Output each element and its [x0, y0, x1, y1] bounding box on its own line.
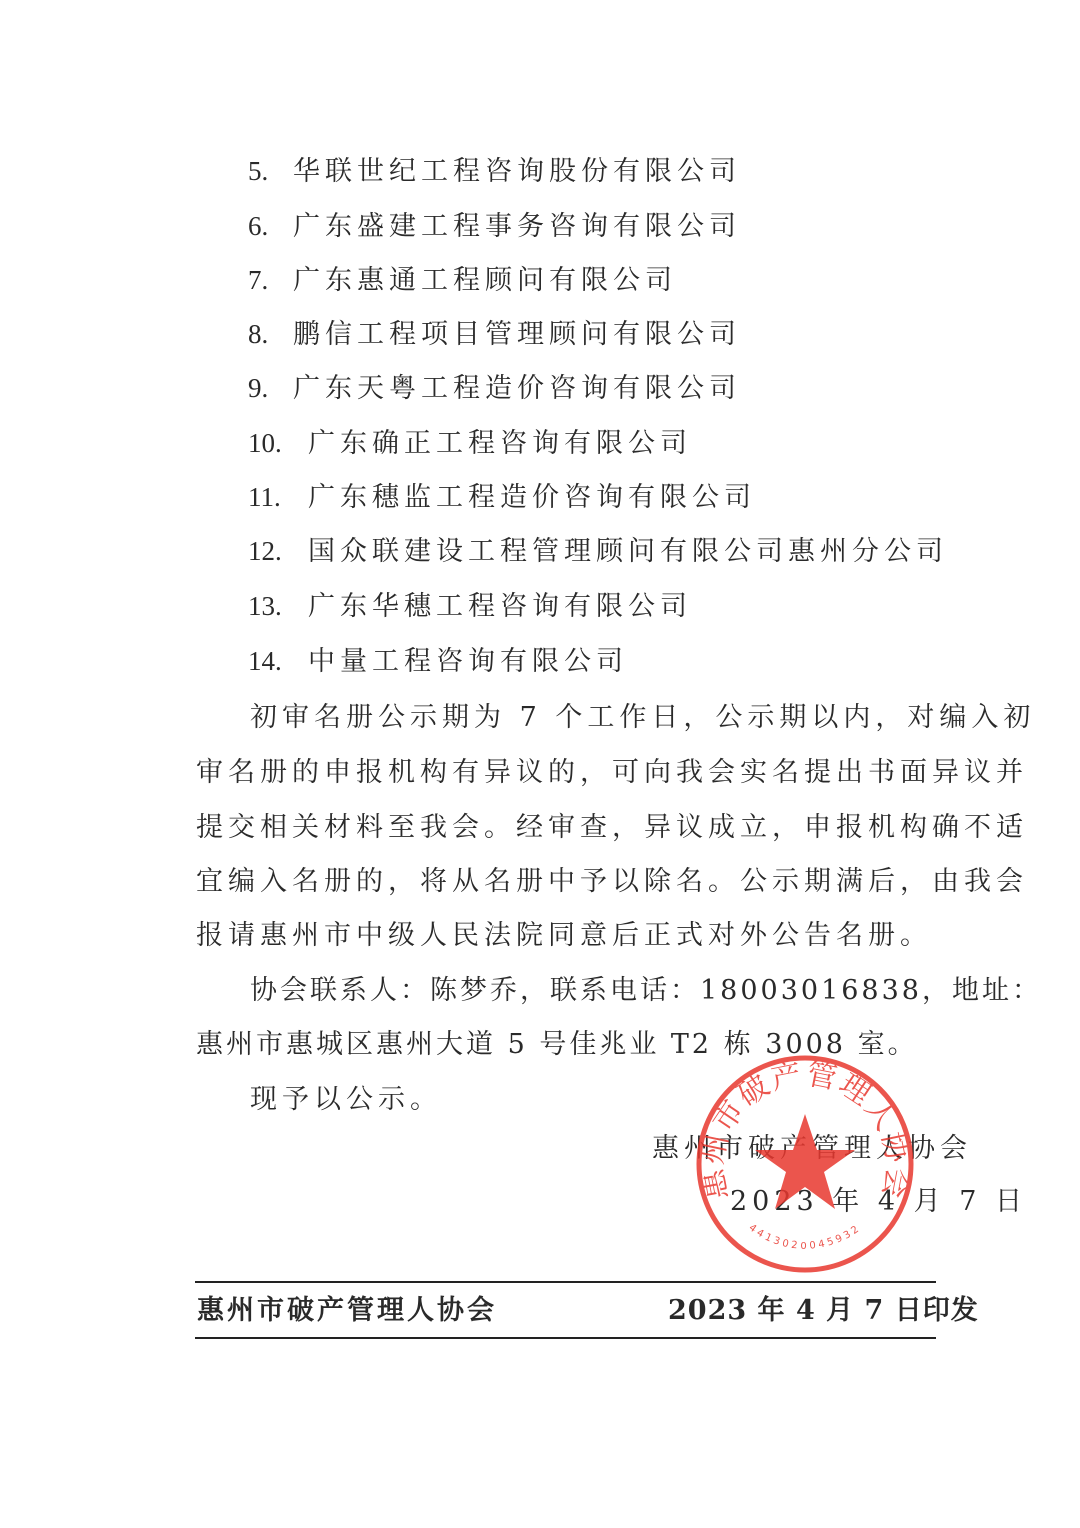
company-name: 广东确正工程咨询有限公司 [308, 428, 692, 459]
list-number: 13. [248, 590, 308, 622]
svg-text:4413020045932: 4413020045932 [747, 1222, 864, 1251]
list-item: 12.国众联建设工程管理顾问有限公司惠州分公司 [248, 535, 948, 568]
list-item: 8.鹏信工程项目管理顾问有限公司 [248, 318, 741, 351]
list-number: 7. [248, 264, 293, 296]
paragraph-line: 惠州市惠城区惠州大道 5 号佳兆业 T2 栋 3008 室。 [196, 1029, 918, 1061]
signature-org: 惠州市破产管理人协会 [652, 1133, 972, 1165]
list-number: 8. [248, 318, 293, 350]
company-name: 广东天粤工程造价咨询有限公司 [293, 373, 741, 404]
company-name: 广东华穗工程咨询有限公司 [308, 591, 692, 622]
footer-org: 惠州市破产管理人协会 [197, 1295, 497, 1327]
paragraph-line: 报请惠州市中级人民法院同意后正式对外公告名册。 [196, 920, 932, 952]
footer-issue-date: 2023 年 4 月 7 日印发 [668, 1295, 979, 1327]
paragraph-line: 提交相关材料至我会。经审查，异议成立，申报机构确不适 [196, 812, 1028, 844]
svg-text:惠州市破产管理人协会: 惠州市破产管理人协会 [695, 1057, 915, 1203]
list-item: 5.华联世纪工程咨询股份有限公司 [248, 155, 741, 188]
signature-date: 2023 年 4 月 7 日 [730, 1186, 1027, 1218]
company-name: 中量工程咨询有限公司 [308, 646, 628, 677]
list-number: 12. [248, 535, 308, 567]
list-number: 10. [248, 427, 308, 459]
paragraph-line: 审名册的申报机构有异议的，可向我会实名提出书面异议并 [196, 757, 1028, 789]
company-name: 广东穗监工程造价咨询有限公司 [308, 482, 756, 513]
paragraph-line: 协会联系人：陈梦乔，联系电话：18003016838，地址： [250, 975, 1042, 1007]
list-item: 10.广东确正工程咨询有限公司 [248, 427, 692, 460]
list-item: 11.广东穗监工程造价咨询有限公司 [248, 481, 756, 514]
closing-text: 现予以公示。 [250, 1084, 442, 1116]
list-number: 6. [248, 210, 293, 242]
list-item: 14.中量工程咨询有限公司 [248, 645, 628, 678]
footer-top-rule [195, 1281, 936, 1283]
list-number: 11. [248, 481, 308, 513]
list-number: 9. [248, 372, 293, 404]
list-item: 6.广东盛建工程事务咨询有限公司 [248, 210, 741, 243]
company-name: 鹏信工程项目管理顾问有限公司 [293, 319, 741, 350]
company-name: 华联世纪工程咨询股份有限公司 [293, 156, 741, 187]
list-number: 5. [248, 155, 293, 187]
list-number: 14. [248, 645, 308, 677]
paragraph-line: 宜编入名册的，将从名册中予以除名。公示期满后，由我会 [196, 866, 1028, 898]
footer-bottom-rule [195, 1337, 936, 1339]
company-name: 国众联建设工程管理顾问有限公司惠州分公司 [308, 536, 948, 567]
list-item: 7.广东惠通工程顾问有限公司 [248, 264, 677, 297]
company-name: 广东惠通工程顾问有限公司 [293, 265, 677, 296]
paragraph-line: 初审名册公示期为 7 个工作日，公示期以内，对编入初 [250, 702, 1035, 734]
list-item: 13.广东华穗工程咨询有限公司 [248, 590, 692, 623]
company-name: 广东盛建工程事务咨询有限公司 [293, 211, 741, 242]
list-item: 9.广东天粤工程造价咨询有限公司 [248, 372, 741, 405]
